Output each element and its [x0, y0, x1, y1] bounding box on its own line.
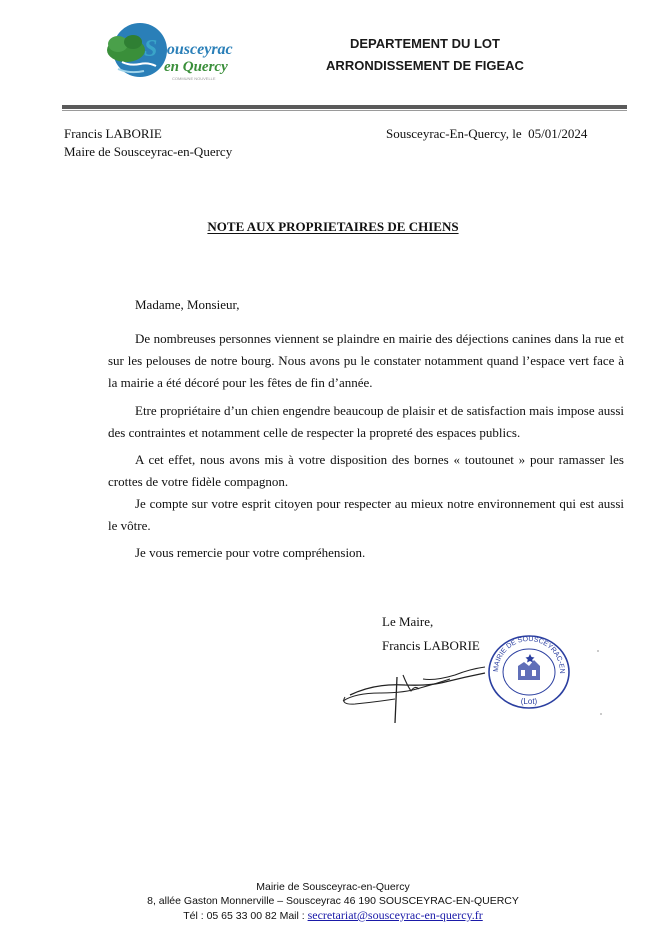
department-name: DEPARTEMENT DU LOT — [290, 33, 560, 55]
municipality-logo: S Sousceyrac en Quercy COMMUNE NOUVELLE — [100, 22, 250, 90]
header-divider-thin — [62, 110, 627, 111]
footer-email-link[interactable]: secretariat@sousceyrac-en-quercy.fr — [308, 908, 483, 922]
body-paragraph: A cet effet, nous avons mis à votre disp… — [108, 449, 624, 493]
handwritten-signature-icon — [335, 655, 495, 725]
scan-artifact — [600, 713, 602, 715]
arrondissement-name: ARRONDISSEMENT DE FIGEAC — [290, 55, 560, 77]
department-header: DEPARTEMENT DU LOT ARRONDISSEMENT DE FIG… — [290, 33, 560, 77]
svg-text:en Quercy: en Quercy — [164, 59, 228, 75]
sender-block: Francis LABORIE Maire de Sousceyrac-en-Q… — [64, 125, 232, 161]
dateline: Sousceyrac-En-Quercy, le 05/01/2024 — [386, 125, 587, 143]
signatory-name: Francis LABORIE — [382, 638, 480, 654]
document-title: NOTE AUX PROPRIETAIRES DE CHIENS — [0, 219, 666, 235]
scan-artifact — [597, 650, 599, 652]
footer-phone: Tél : 05 65 33 00 82 Mail : — [183, 910, 307, 922]
svg-text:COMMUNE NOUVELLE: COMMUNE NOUVELLE — [172, 76, 216, 81]
header-divider — [62, 105, 627, 109]
sender-role: Maire de Sousceyrac-en-Quercy — [64, 143, 232, 161]
dateline-place: Sousceyrac-En-Quercy, le — [386, 126, 522, 141]
dateline-date: 05/01/2024 — [528, 126, 587, 141]
svg-text:Sousceyrac: Sousceyrac — [158, 41, 233, 58]
footer-organization: Mairie de Sousceyrac-en-Quercy — [0, 880, 666, 894]
letter-footer: Mairie de Sousceyrac-en-Quercy 8, allée … — [0, 880, 666, 923]
official-stamp-icon: MAIRIE DE SOUSCEYRAC-EN-QUERCY (Lot) — [486, 630, 572, 710]
title-text: NOTE AUX PROPRIETAIRES DE CHIENS — [207, 219, 458, 234]
body-paragraph: Je vous remercie pour votre compréhensio… — [108, 542, 624, 564]
salutation: Madame, Monsieur, — [135, 297, 240, 313]
footer-address: 8, allée Gaston Monnerville – Sousceyrac… — [0, 894, 666, 908]
svg-text:S: S — [144, 36, 157, 62]
svg-text:(Lot): (Lot) — [521, 697, 538, 706]
body-paragraph: Je compte sur votre esprit citoyen pour … — [108, 493, 624, 537]
body-paragraph: De nombreuses personnes viennent se plai… — [108, 328, 624, 394]
sender-name: Francis LABORIE — [64, 125, 232, 143]
signatory-role: Le Maire, — [382, 614, 433, 630]
body-paragraph: Etre propriétaire d’un chien engendre be… — [108, 400, 624, 444]
footer-contact: Tél : 05 65 33 00 82 Mail : secretariat@… — [0, 908, 666, 923]
